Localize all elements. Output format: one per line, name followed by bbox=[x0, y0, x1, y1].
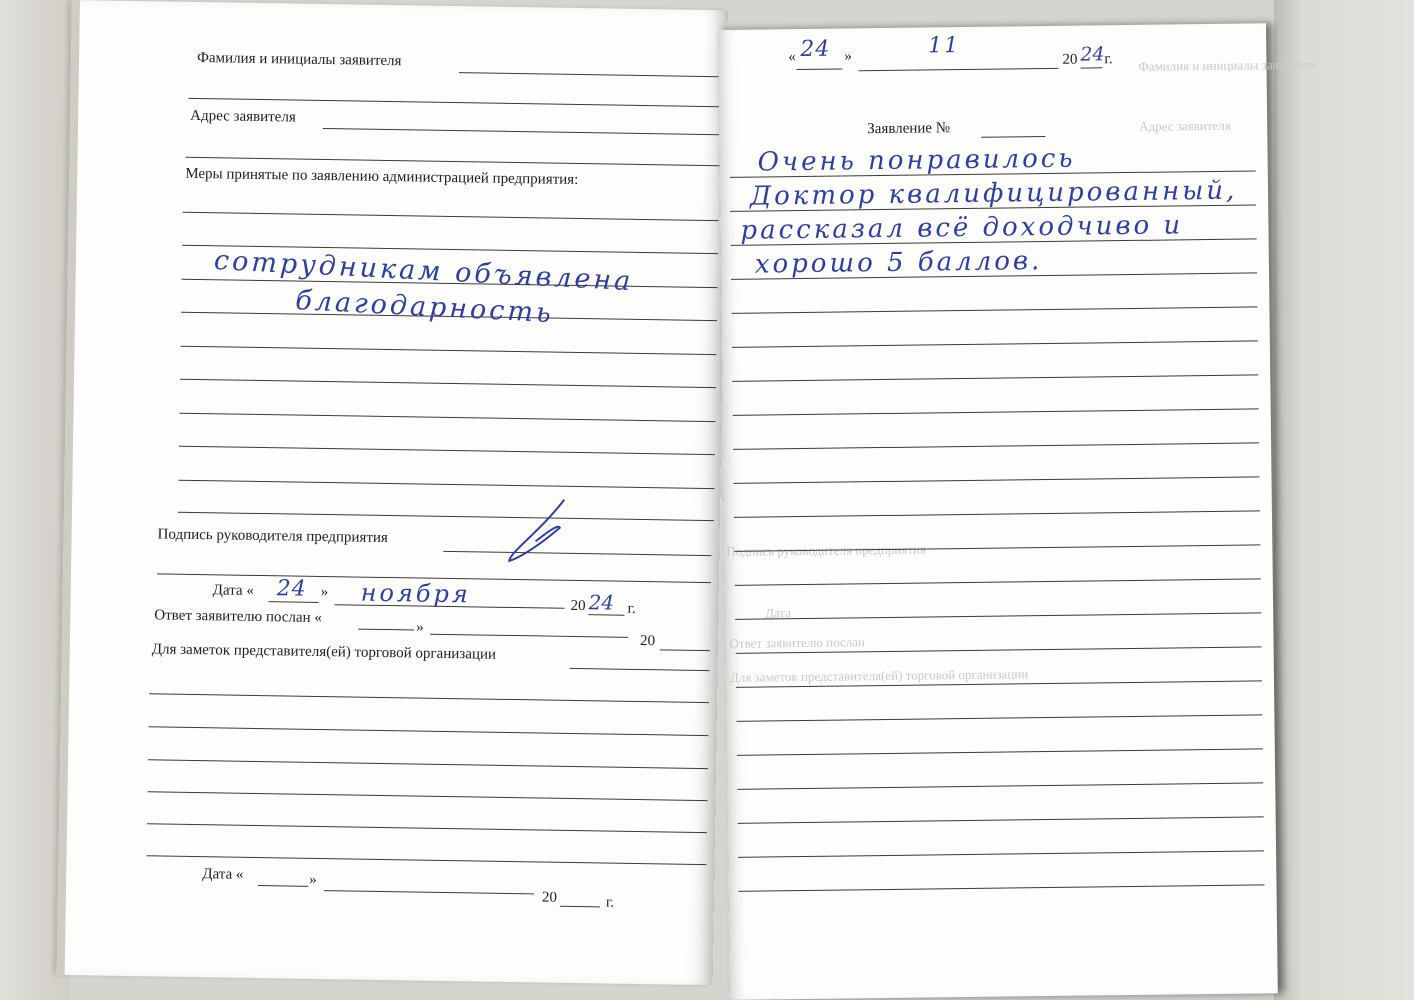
statement-line[interactable] bbox=[735, 612, 1261, 619]
statement-line[interactable] bbox=[739, 884, 1265, 891]
notes-line[interactable] bbox=[147, 823, 707, 833]
date-year-unit: г. bbox=[1104, 51, 1112, 68]
statement-number-field[interactable] bbox=[981, 136, 1045, 138]
statement-line[interactable] bbox=[731, 306, 1257, 313]
notes-line[interactable] bbox=[149, 693, 709, 703]
date2-year-field[interactable] bbox=[560, 906, 600, 908]
applicant-address-line2[interactable] bbox=[186, 157, 720, 166]
measures-line[interactable] bbox=[181, 346, 717, 355]
date1-year-suffix[interactable]: 24 bbox=[588, 590, 614, 614]
notes-label: Для заметок представителя(ей) торговой о… bbox=[152, 641, 496, 663]
date2-label: Дата « bbox=[202, 866, 243, 884]
statement-line[interactable] bbox=[733, 408, 1259, 415]
statement-line[interactable] bbox=[732, 374, 1258, 381]
date1-year-field bbox=[588, 614, 624, 616]
reply-sent-label: Ответ заявителю послан « bbox=[154, 607, 322, 627]
date-year-field bbox=[1080, 67, 1102, 68]
measures-line[interactable] bbox=[183, 212, 719, 221]
date2-month-field[interactable] bbox=[324, 890, 534, 894]
date-month-field bbox=[859, 68, 1059, 71]
statement-line[interactable] bbox=[737, 782, 1263, 789]
notes-field[interactable] bbox=[570, 668, 710, 671]
date-close-quote: » bbox=[844, 48, 852, 65]
date1-label: Дата « bbox=[213, 582, 254, 600]
date2-year-prefix: 20 bbox=[542, 889, 557, 906]
date-day-field bbox=[796, 68, 842, 70]
date-month[interactable]: 11 bbox=[928, 33, 960, 58]
applicant-name-label: Фамилия и инициалы заявителя bbox=[197, 50, 402, 70]
applicant-name-field[interactable] bbox=[459, 72, 721, 77]
reply-sent-year-prefix: 20 bbox=[640, 633, 655, 650]
measures-line[interactable] bbox=[180, 413, 716, 422]
date1-year-prefix: 20 bbox=[570, 598, 585, 615]
date1-day[interactable]: 24 bbox=[277, 576, 307, 601]
statement-line[interactable] bbox=[738, 816, 1264, 823]
date-open-quote: « bbox=[788, 49, 796, 66]
statement-line[interactable] bbox=[737, 748, 1263, 755]
date2-year-unit: г. bbox=[606, 894, 614, 911]
date2-day-field[interactable] bbox=[258, 885, 308, 887]
applicant-address-field[interactable] bbox=[323, 128, 720, 135]
bleed-through-address-label: Адрес заявителя bbox=[1139, 118, 1231, 135]
date2-close-quote: » bbox=[309, 872, 317, 889]
measures-line[interactable] bbox=[178, 480, 714, 489]
manager-signature-label: Подпись руководителя предприятия bbox=[157, 526, 388, 547]
applicant-address-label: Адрес заявителя bbox=[190, 108, 296, 127]
manager-signature-field[interactable] bbox=[443, 551, 711, 556]
manager-signature bbox=[501, 497, 572, 573]
applicant-name-line2[interactable] bbox=[188, 98, 720, 107]
date1-day-field bbox=[269, 601, 319, 603]
measures-label: Меры принятые по заявлению администрацие… bbox=[185, 166, 578, 189]
reply-sent-close-quote: » bbox=[416, 619, 424, 636]
notes-line[interactable] bbox=[148, 759, 708, 769]
statement-line[interactable] bbox=[735, 578, 1261, 585]
date-day[interactable]: 24 bbox=[800, 37, 830, 62]
statement-line[interactable] bbox=[734, 510, 1260, 517]
date-year-suffix[interactable]: 24 bbox=[1080, 43, 1104, 65]
statement-label: Заявление № bbox=[867, 120, 950, 138]
date1-year-unit: г. bbox=[627, 601, 635, 618]
statement-text-line4: хорошо 5 баллов. bbox=[755, 246, 1043, 280]
measures-handwritten-line1: сотрудникам объявлена bbox=[213, 245, 634, 297]
notes-line[interactable] bbox=[149, 726, 709, 736]
measures-handwritten-line2: благодарность bbox=[295, 285, 555, 329]
measures-line[interactable] bbox=[179, 446, 715, 455]
right-page: Фамилия и инициалы заявителя Адрес заяви… bbox=[718, 23, 1278, 1000]
notes-line[interactable] bbox=[147, 855, 707, 865]
measures-line[interactable] bbox=[180, 379, 716, 388]
statement-line[interactable] bbox=[733, 442, 1259, 449]
bleed-through-reply-label: Ответ заявителю послан bbox=[729, 634, 865, 652]
date1-close-quote: » bbox=[321, 584, 329, 601]
reply-sent-day-field[interactable] bbox=[358, 629, 414, 631]
scanner-background-right bbox=[1274, 0, 1414, 1000]
statement-line[interactable] bbox=[732, 340, 1258, 347]
notes-line[interactable] bbox=[148, 791, 708, 801]
left-page: Фамилия и инициалы заявителя Адрес заяви… bbox=[57, 0, 728, 985]
measures-line[interactable] bbox=[178, 512, 714, 521]
statement-line[interactable] bbox=[738, 850, 1264, 857]
statement-line[interactable] bbox=[736, 714, 1262, 721]
bleed-through-name-label: Фамилия и инициалы заявителя bbox=[1138, 57, 1315, 75]
reply-sent-year-field[interactable] bbox=[660, 649, 710, 651]
reply-sent-month-field[interactable] bbox=[430, 634, 628, 638]
statement-line[interactable] bbox=[734, 476, 1260, 483]
date-year-prefix: 20 bbox=[1062, 52, 1077, 69]
